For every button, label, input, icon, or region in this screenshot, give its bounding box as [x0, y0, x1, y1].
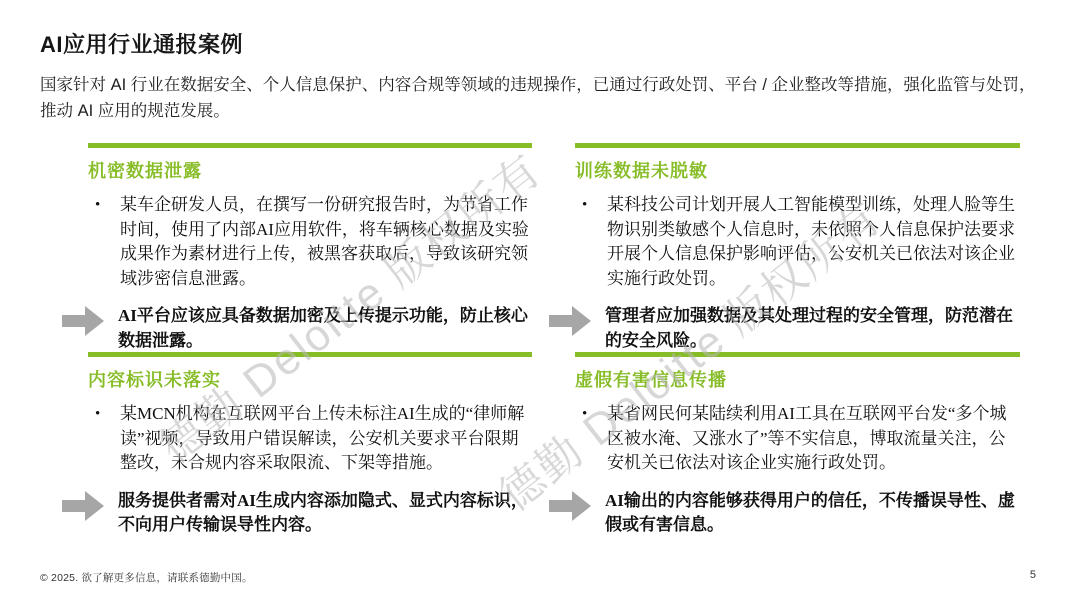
case-detail-list: 某MCN机构在互联网平台上传未标注AI生成的“律师解读”视频，导致用户错误解读，… [88, 402, 532, 476]
arrow-right-icon [549, 306, 591, 341]
case-detail-list: 某车企研发人员，在撰写一份研究报告时，为节省工作时间，使用了内部AI应用软件，将… [88, 193, 532, 291]
page-number: 5 [1030, 569, 1036, 581]
accent-bar [88, 352, 532, 357]
page-title: AI应用行业通报案例 [40, 28, 243, 59]
case-takeaway: 服务提供者需对AI生成内容添加隐式、显式内容标识，不向用户传输误导性内容。 [118, 489, 532, 538]
intro-text: 国家针对 AI 行业在数据安全、个人信息保护、内容合规等领域的违规操作，已通过行… [40, 72, 1045, 124]
case-detail-list: 某省网民何某陆续利用AI工具在互联网平台发“多个城区被水淹、又涨水了”等不实信息… [575, 402, 1020, 476]
accent-bar [575, 143, 1020, 148]
case-takeaway: AI输出的内容能够获得用户的信任，不传播误导性、虚假或有害信息。 [605, 489, 1020, 538]
case-grid: 机密数据泄露 某车企研发人员，在撰写一份研究报告时，为节省工作时间，使用了内部A… [88, 143, 1020, 538]
case-title: 训练数据未脱敏 [575, 157, 1020, 183]
case-detail: 某科技公司计划开展人工智能模型训练，处理人脸等生物识别类敏感个人信息时，未依照个… [575, 193, 1020, 291]
case-card-false-information: 虚假有害信息传播 某省网民何某陆续利用AI工具在互联网平台发“多个城区被水淹、又… [575, 352, 1020, 538]
arrow-right-icon [62, 306, 104, 341]
footer-copyright: © 2025. 欲了解更多信息，请联系德勤中国。 [40, 570, 253, 585]
case-title: 内容标识未落实 [88, 366, 532, 392]
case-takeaway: AI平台应该应具备数据加密及上传提示功能，防止核心数据泄露。 [118, 304, 532, 353]
case-takeaway-row: AI输出的内容能够获得用户的信任，不传播误导性、虚假或有害信息。 [549, 489, 1020, 538]
accent-bar [575, 352, 1020, 357]
arrow-right-icon [62, 491, 104, 526]
case-card-confidential-leak: 机密数据泄露 某车企研发人员，在撰写一份研究报告时，为节省工作时间，使用了内部A… [88, 143, 532, 352]
case-title: 虚假有害信息传播 [575, 366, 1020, 392]
case-detail: 某省网民何某陆续利用AI工具在互联网平台发“多个城区被水淹、又涨水了”等不实信息… [575, 402, 1020, 476]
case-title: 机密数据泄露 [88, 157, 532, 183]
case-takeaway-row: 服务提供者需对AI生成内容添加隐式、显式内容标识，不向用户传输误导性内容。 [62, 489, 532, 538]
arrow-right-icon [549, 491, 591, 526]
case-takeaway-row: AI平台应该应具备数据加密及上传提示功能，防止核心数据泄露。 [62, 304, 532, 353]
case-takeaway: 管理者应加强数据及其处理过程的安全管理，防范潜在的安全风险。 [605, 304, 1020, 353]
case-card-training-data: 训练数据未脱敏 某科技公司计划开展人工智能模型训练，处理人脸等生物识别类敏感个人… [575, 143, 1020, 352]
case-detail: 某MCN机构在互联网平台上传未标注AI生成的“律师解读”视频，导致用户错误解读，… [88, 402, 532, 476]
accent-bar [88, 143, 532, 148]
case-card-content-labeling: 内容标识未落实 某MCN机构在互联网平台上传未标注AI生成的“律师解读”视频，导… [88, 352, 532, 538]
case-detail: 某车企研发人员，在撰写一份研究报告时，为节省工作时间，使用了内部AI应用软件，将… [88, 193, 532, 291]
case-detail-list: 某科技公司计划开展人工智能模型训练，处理人脸等生物识别类敏感个人信息时，未依照个… [575, 193, 1020, 291]
case-takeaway-row: 管理者应加强数据及其处理过程的安全管理，防范潜在的安全风险。 [549, 304, 1020, 353]
